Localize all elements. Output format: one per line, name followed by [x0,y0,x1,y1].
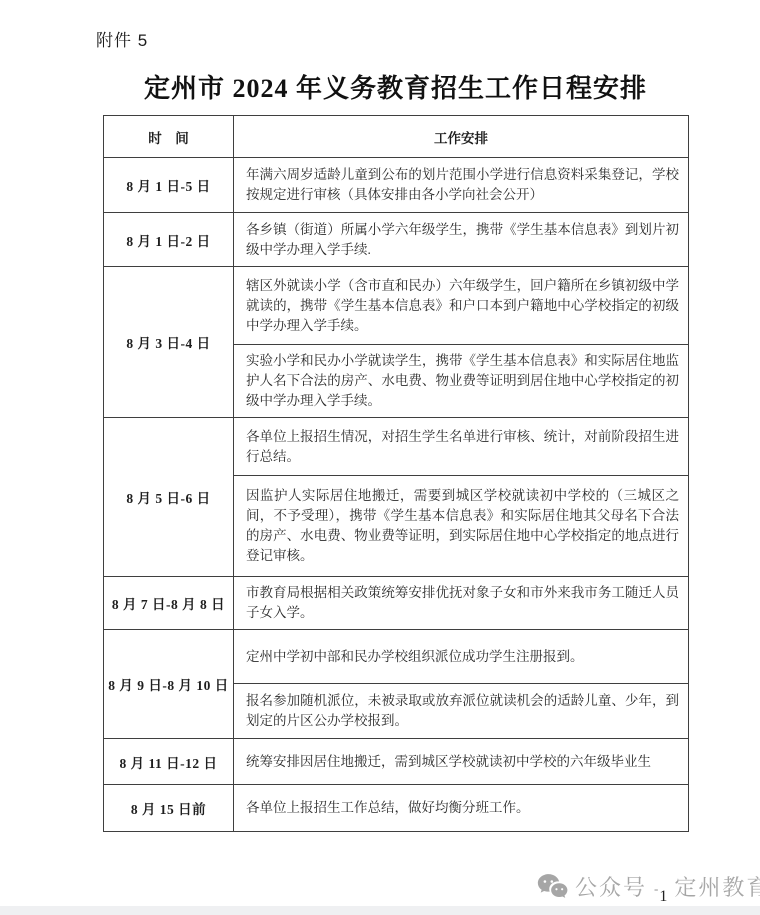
task-cell: 定州中学初中部和民办学校组织派位成功学生注册报到。 [234,630,689,684]
watermark-prefix: 公众号 [575,871,647,902]
column-header-time: 时 间 [104,116,234,158]
time-cell: 8 月 5 日-6 日 [104,418,234,577]
page-number-group: - 1 [654,874,667,899]
time-cell: 8 月 9 日-8 月 10 日 [104,630,234,739]
task-cell: 市教育局根据相关政策统筹安排优抚对象子女和市外来我市务工随迁人员子女入学。 [234,577,689,630]
column-header-task: 工作安排 [234,116,689,158]
time-cell: 8 月 15 日前 [104,785,234,832]
table-row: 8 月 5 日-6 日各单位上报招生情况，对招生学生名单进行审核、统计，对前阶段… [104,418,689,476]
bottom-edge-bar [0,906,760,915]
document-page: 附件 5 定州市 2024 年义务教育招生工作日程安排 时 间 工作安排 8 月… [0,0,760,915]
time-cell: 8 月 1 日-2 日 [104,213,234,267]
page-dash: - [654,881,658,897]
task-cell: 辖区外就读小学（含市直和民办）六年级学生，回户籍所在乡镇初级中学就读的，携带《学… [234,267,689,345]
table-row: 8 月 1 日-5 日年满六周岁适龄儿童到公布的划片范围小学进行信息资料采集登记… [104,158,689,213]
time-cell: 8 月 3 日-4 日 [104,267,234,418]
time-cell: 8 月 1 日-5 日 [104,158,234,213]
task-cell: 因监护人实际居住地搬迁，需要到城区学校就读初中学校的（三城区之间，不予受理），携… [234,476,689,577]
table-row: 8 月 15 日前各单位上报招生工作总结，做好均衡分班工作。 [104,785,689,832]
table-header-row: 时 间 工作安排 [104,116,689,158]
footer-watermark: 公众号 - 1 定州教育 [537,871,760,902]
task-cell: 实验小学和民办小学就读学生，携带《学生基本信息表》和实际居住地监护人名下合法的房… [234,345,689,418]
table-row: 8 月 1 日-2 日各乡镇（街道）所属小学六年级学生，携带《学生基本信息表》到… [104,213,689,267]
schedule-table-body: 8 月 1 日-5 日年满六周岁适龄儿童到公布的划片范围小学进行信息资料采集登记… [104,158,689,832]
attachment-label: 附件 5 [96,26,148,51]
time-cell: 8 月 7 日-8 月 8 日 [104,577,234,630]
task-cell: 各乡镇（街道）所属小学六年级学生，携带《学生基本信息表》到划片初级中学办理入学手… [234,213,689,267]
watermark-suffix: 定州教育 [674,871,760,902]
task-cell: 各单位上报招生工作总结，做好均衡分班工作。 [234,785,689,832]
table-row: 8 月 9 日-8 月 10 日定州中学初中部和民办学校组织派位成功学生注册报到… [104,630,689,684]
schedule-table: 时 间 工作安排 8 月 1 日-5 日年满六周岁适龄儿童到公布的划片范围小学进… [103,115,689,832]
task-cell: 年满六周岁适龄儿童到公布的划片范围小学进行信息资料采集登记，学校按规定进行审核（… [234,158,689,213]
task-cell: 统筹安排因居住地搬迁，需到城区学校就读初中学校的六年级毕业生 [234,739,689,785]
page-title: 定州市 2024 年义务教育招生工作日程安排 [103,68,688,105]
task-cell: 各单位上报招生情况，对招生学生名单进行审核、统计，对前阶段招生进行总结。 [234,418,689,476]
page-number: 1 [659,889,667,905]
table-row: 8 月 7 日-8 月 8 日市教育局根据相关政策统筹安排优抚对象子女和市外来我… [104,577,689,630]
table-row: 8 月 3 日-4 日辖区外就读小学（含市直和民办）六年级学生，回户籍所在乡镇初… [104,267,689,345]
table-row: 8 月 11 日-12 日统筹安排因居住地搬迁，需到城区学校就读初中学校的六年级… [104,739,689,785]
task-cell: 报名参加随机派位，未被录取或放弃派位就读机会的适龄儿童、少年，到划定的片区公办学… [234,684,689,739]
wechat-icon [537,873,568,901]
time-cell: 8 月 11 日-12 日 [104,739,234,785]
